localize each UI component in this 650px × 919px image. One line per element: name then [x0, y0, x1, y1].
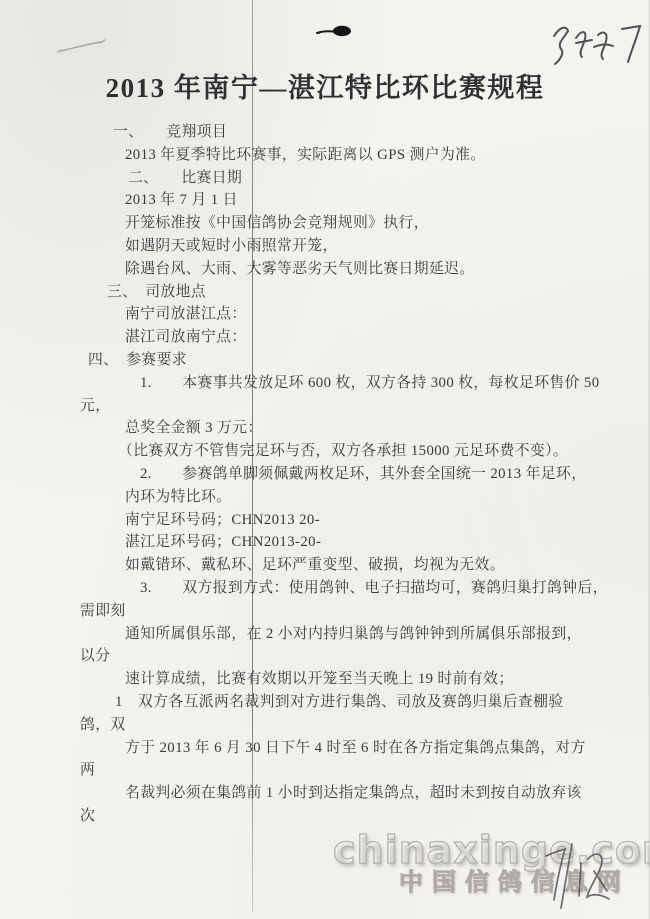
ink-blot [315, 23, 353, 39]
document-line: 3. 双方报到方式：使用鸽钟、电子扫描均可，赛鸽归巢打鸽钟后， [140, 577, 645, 600]
document-line: 元， [80, 395, 645, 418]
document-line: 2013 年 7 月 1 日 [125, 189, 645, 212]
document-line: 一、 竞翔项目 [113, 121, 645, 144]
document-line: 2013 年夏季特比环赛事，实际距离以 GPS 测户为准。 [125, 144, 645, 167]
document-line: 四、 参赛要求 [88, 349, 645, 372]
document-line: 如遇阴天或短时小雨照常开笼， [125, 235, 645, 258]
document-line: 名裁判必须在集鸽前 1 小时到达指定集鸽点，超时未到按自动放弃该 [125, 782, 645, 805]
document-line: 方于 2013 年 6 月 30 日下午 4 时至 6 时在各方指定集鸽点集鸽，… [125, 737, 645, 760]
document-line: 2. 参赛鸽单脚须佩戴两枚足环，其外套全国统一 2013 年足环， [140, 463, 645, 486]
document-line: 速计算成绩，比赛有效期以开笼至当天晚上 19 时前有效； [125, 668, 645, 691]
document-line: 湛江足环号码；CHN2013-20- [125, 531, 645, 554]
document-line: 开笼标准按《中国信鸽协会竞翔规则》执行， [125, 212, 645, 235]
page-title: 2013 年南宁—湛江特比环比赛规程 [0, 66, 650, 105]
document-line: 南宁司放湛江点： [125, 303, 645, 326]
document-line: 鸽，双 [80, 714, 645, 737]
handwritten-note-bottom-right [536, 836, 618, 914]
document-line: 次 [80, 805, 645, 828]
document-line: 湛江司放南宁点： [125, 326, 645, 349]
document-line: 南宁足环号码；CHN2013 20- [125, 509, 645, 532]
document-page: 2013 年南宁—湛江特比环比赛规程 一、 竞翔项目2013 年夏季特比环赛事，… [0, 0, 650, 919]
document-line: 如戴错环、戴私环、足环严重变型、破损，均视为无效。 [125, 554, 645, 577]
document-line: 通知所属俱乐部，在 2 小对内持归巢鸽与鸽钟钟到所属俱乐部报到， [125, 623, 645, 646]
pencil-mark [56, 39, 108, 55]
document-line: 两 [80, 759, 645, 782]
document-line: 以分 [80, 645, 645, 668]
document-line: 1. 本赛事共发放足环 600 枚，双方各持 300 枚，每枚足环售价 50 [140, 372, 645, 395]
document-line: 需即刻 [80, 600, 645, 623]
document-line: 内环为特比环。 [125, 486, 645, 509]
document-line: 1 双方各互派两名裁判到对方进行集鸽、司放及赛鸽归巢后查棚验 [115, 691, 645, 714]
document-line: 除遇台风、大雨、大雾等恶劣天气则比赛日期延迟。 [125, 258, 645, 281]
document-line: 总奖全金额 3 万元： [125, 417, 645, 440]
document-line: 三、 司放地点 [107, 281, 645, 304]
document-lines: 一、 竞翔项目2013 年夏季特比环赛事，实际距离以 GPS 测户为准。二、 比… [80, 121, 645, 828]
document-line: 二、 比赛日期 [128, 167, 645, 190]
document-line: （比赛双方不管售完足环与否，双方各承担 15000 元足环费不变）。 [118, 440, 645, 463]
